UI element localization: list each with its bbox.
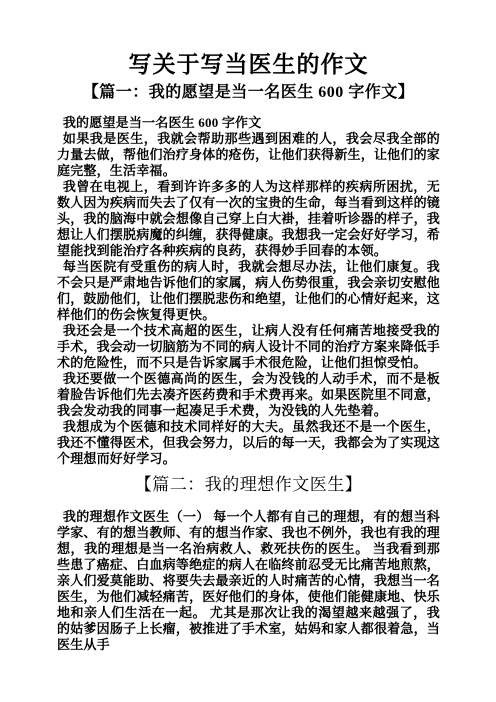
section-2-body: 我的理想作文医生（一） 每一个人都有自己的理想，有的想当科学家、有的想当教师、有… [57,509,440,653]
section-1-heading: 【篇一：我的愿望是当一名医生 600 字作文】 [57,82,440,103]
document-page: 写关于写当医生的作文 【篇一：我的愿望是当一名医生 600 字作文】 我的愿望是… [0,0,496,702]
section-1-paragraph-4: 每当医院有受重伤的病人时，我就会想尽办法，让他们康复。我不会只是严肃地告诉他们的… [57,259,440,323]
section-2-paragraph-1: 我的理想作文医生（一） 每一个人都有自己的理想，有的想当科学家、有的想当教师、有… [57,509,440,653]
section-1-paragraph-6: 我还要做一个医德高尚的医生，会为没钱的人动手术，而不是板着脸告诉他们先去凑齐医药… [57,371,440,419]
section-2-heading: 【篇二：我的理想作文医生】 [57,474,440,495]
section-1-body: 我的愿望是当一名医生 600 字作文 如果我是医生，我就会帮助那些遇到困难的人，… [57,115,440,467]
document-title: 写关于写当医生的作文 [57,50,440,79]
section-1-paragraph-7: 我想成为个医德和技术同样好的大夫。虽然我还不是一个医生，我还不懂得医术，但我会努… [57,419,440,467]
section-1-paragraph-5: 我还会是一个技术高超的医生，让病人没有任何痛苦地接受我的手术，我会动一切脑筋为不… [57,323,440,371]
section-1-paragraph-3: 我曾在电视上，看到许许多多的人为这样那样的疾病所困扰，无数人因为疾病而失去了仅有… [57,179,440,259]
section-1-paragraph-1: 我的愿望是当一名医生 600 字作文 [57,115,440,131]
section-1-paragraph-2: 如果我是医生，我就会帮助那些遇到困难的人，我会尽我全部的力量去做，帮他们治疗身体… [57,131,440,179]
